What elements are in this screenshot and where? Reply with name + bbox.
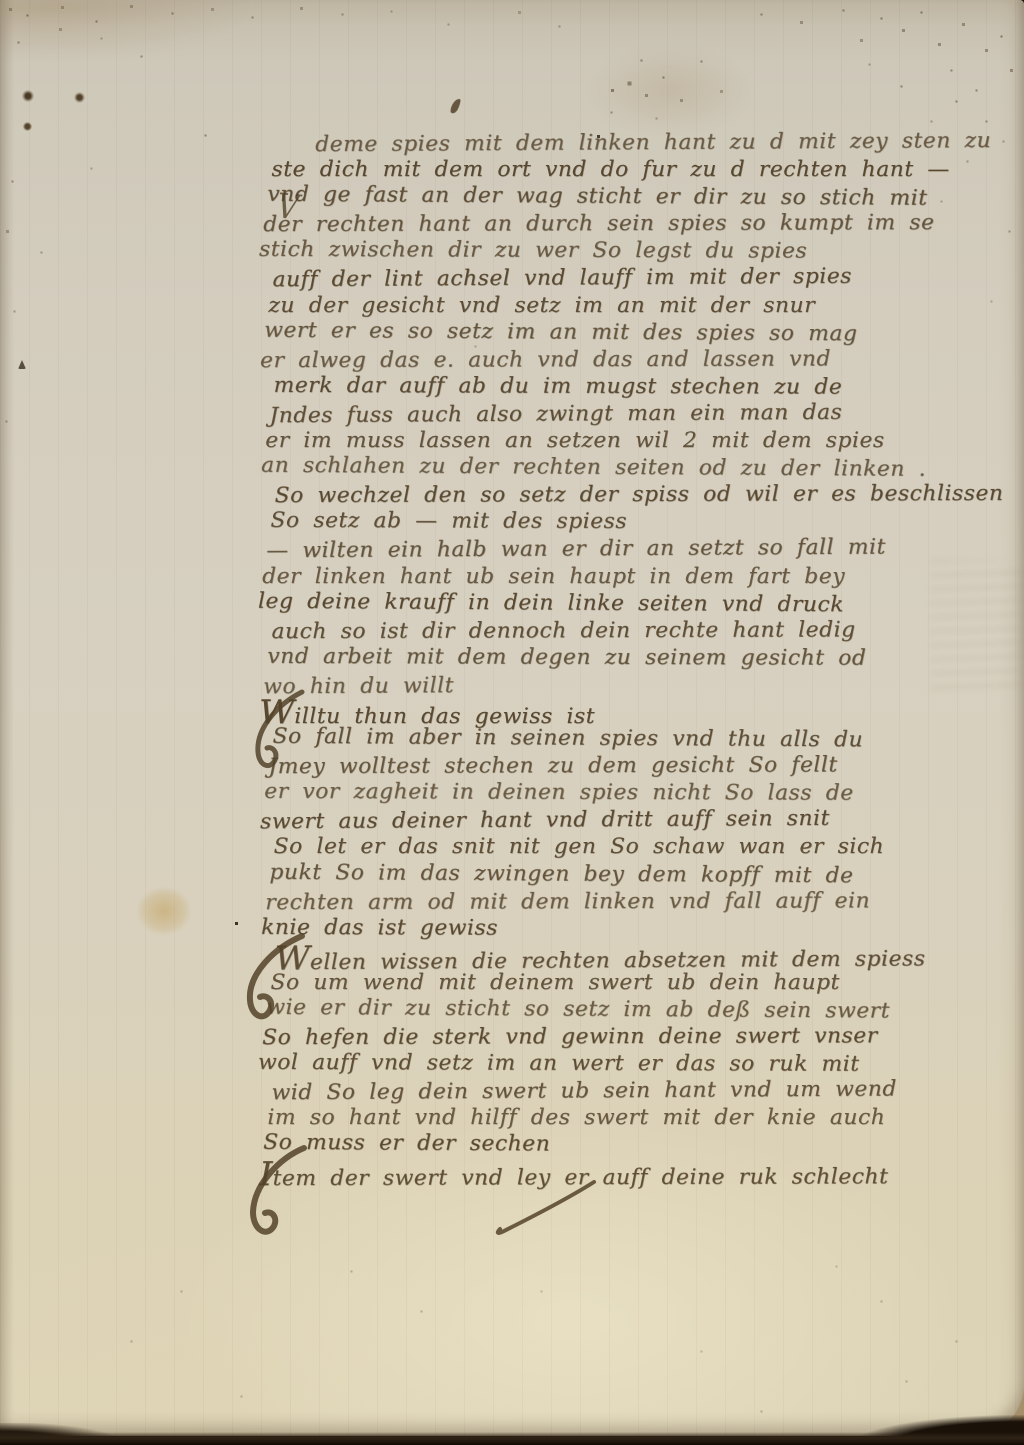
manuscript-line: rechten arm od mit dem linken vnd fall a… (265, 886, 1017, 915)
manuscript-line: knie das ist gewiss (261, 914, 1017, 943)
manuscript-line: auff der lint achsel vnd lauff im mit de… (272, 262, 1017, 294)
manuscript-line: wo hin du willt (263, 669, 1017, 701)
ink-blotch (74, 92, 85, 103)
manuscript-line: er im muss lassen an setzen wil 2 mit de… (265, 427, 1017, 454)
manuscript-line: So muss er der sechen (263, 1129, 1017, 1161)
manuscript-line: auch so ist dir dennoch dein rechte hant… (271, 616, 1017, 645)
manuscript-line: merk dar auff ab du im mugst stechen zu … (274, 372, 1018, 401)
manuscript-line: So wechzel den so setz der spiss od wil … (275, 480, 1018, 509)
manuscript-line: er alweg das e. auch vnd das and lassen … (260, 345, 1017, 374)
manuscript-line: stich zwischen dir zu wer So legst du sp… (259, 236, 1017, 265)
ink-blotch (22, 90, 34, 102)
ink-blotch (23, 122, 32, 131)
manuscript-line: zu der gesicht vnd setz im an mit der sn… (268, 292, 1017, 319)
foxing-stain-top-right (585, 45, 755, 135)
manuscript-line: deme spies mit dem linken hant zu d mit … (315, 127, 1017, 158)
manuscript-line: wert er es so setz im an mit des spies s… (264, 316, 1017, 348)
manuscript-line: swert aus deiner hant vnd dritt auff sei… (260, 804, 1017, 836)
page-edge-shadow (0, 1432, 1024, 1445)
manuscript-line: der rechten hant an durch sein spies so … (263, 209, 1017, 238)
manuscript-line: So hefen die sterk vnd gewinn deine swer… (262, 1022, 1017, 1051)
manuscript-line: So let er das snit nit gen So schaw wan … (274, 833, 1018, 860)
manuscript-line: Wellen wissen die rechten absetzen mit d… (275, 940, 1018, 972)
manuscript-line: Item der swert vnd ley er auff deine ruk… (259, 1157, 1017, 1186)
dark-speck (18, 360, 26, 369)
yellow-stain (138, 888, 190, 934)
manuscript-line: — wilten ein halb wan er dir an setzt so… (266, 533, 1017, 565)
manuscript-line: der linken hant ub sein haupt in dem far… (262, 563, 1017, 590)
manuscript-line: wol auff vnd setz im an wert er das so r… (258, 1049, 1017, 1078)
manuscript-line: er vor zagheit in deinen spies nicht So … (264, 778, 1017, 807)
manuscript-line: ste dich mit dem ort vnd do fur zu d rec… (272, 156, 1018, 183)
foxing-speckles (0, 0, 1, 1)
manuscript-line: Jmey wolltest stechen zu dem gesicht So … (268, 751, 1017, 780)
manuscript-line: pukt So im das zwingen bey dem kopff mit… (269, 858, 1017, 890)
manuscript-line: So um wend mit deinem swert ub dein haup… (270, 969, 1017, 996)
handwritten-text-block: deme spies mit dem linken hant zu d mit … (258, 129, 1017, 1186)
manuscript-line: Jndes fuss auch also zwingt man ein man … (269, 398, 1017, 430)
manuscript-line: vnd ge fast an der wag sticht er dir zu … (267, 181, 1017, 213)
manuscript-line: leg deine krauff in dein linke seiten vn… (258, 587, 1017, 619)
foxing-stain-top-left (0, 0, 260, 60)
manuscript-line: So setz ab — mit des spiess (270, 507, 1017, 536)
manuscript-line: So fall im aber in seinen spies vnd thu … (272, 723, 1017, 755)
manuscript-line: vnd arbeit mit dem degen zu seinem gesic… (267, 643, 1017, 672)
manuscript-line: Willtu thun das gewiss ist (259, 698, 1017, 725)
manuscript-line: im so hant vnd hilff des swert mit der k… (267, 1104, 1017, 1131)
manuscript-page: V deme spies mit dem linken hant zu d mi… (0, 0, 1024, 1436)
manuscript-line: wid So leg dein swert ub sein hant vnd u… (271, 1075, 1017, 1107)
manuscript-line: an schlahen zu der rechten seiten od zu … (261, 452, 1017, 484)
manuscript-line: wie er dir zu sticht so setz im ab deß s… (266, 994, 1017, 1026)
